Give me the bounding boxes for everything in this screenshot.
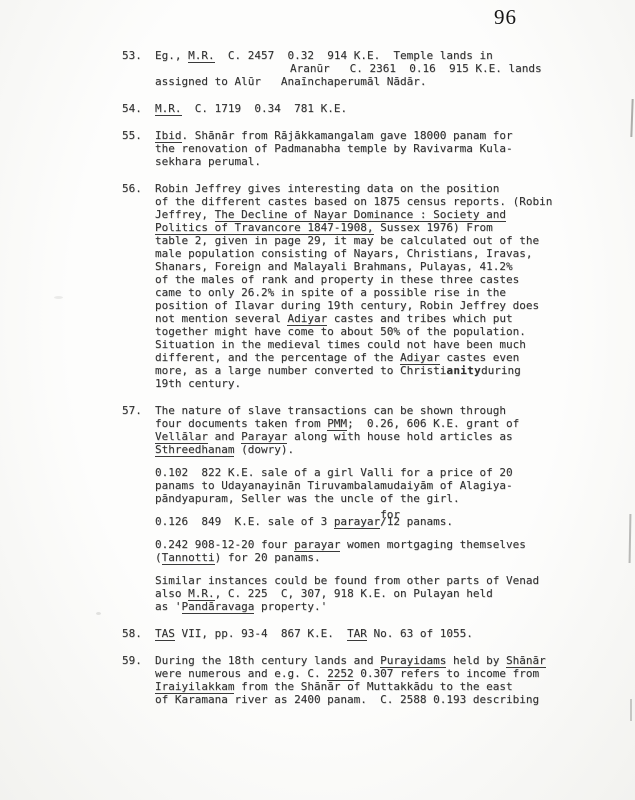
text-segment: property.' — [254, 600, 327, 613]
text-segment: TAS — [155, 627, 175, 641]
note-paragraph: During the 18th century lands and Purayi… — [155, 654, 608, 706]
text-segment: Pandāravaga — [182, 600, 255, 614]
text-segment: male population consisting of Nayars, Ch… — [155, 247, 533, 260]
note-line: also M.R., C. 225 C, 307, 918 K.E. on Pu… — [155, 587, 608, 600]
text-segment: from the Shānār of Muttakkādu to the eas… — [234, 680, 512, 693]
text-segment: 0.126 849 K.E. sale of 3 — [155, 515, 334, 528]
note-paragraph: Eg., M.R. C. 2457 0.32 914 K.E. Temple l… — [155, 49, 608, 88]
text-segment: Similar instances could be found from ot… — [155, 574, 539, 587]
scan-artifact-right-bottom — [630, 699, 632, 721]
text-segment: came to only 26.2% in spite of a possibl… — [155, 286, 506, 299]
note-line: During the 18th century lands and Purayi… — [155, 654, 608, 667]
note-line: Eg., M.R. C. 2457 0.32 914 K.E. Temple l… — [155, 49, 608, 62]
text-segment: Eg., — [155, 49, 188, 62]
note-line: 0.102 822 K.E. sale of a girl Valli for … — [155, 466, 608, 479]
note-paragraph: Robin Jeffrey gives interesting data on … — [155, 182, 608, 390]
text-segment: Ibid — [155, 129, 182, 143]
text-segment: assigned to Alūr Anaīnchaperumāl Nādār. — [155, 75, 427, 88]
note-line: 0.126 849 K.E. sale of 3 parayarfor/12 p… — [155, 515, 608, 528]
document-page: 96 53.Eg., M.R. C. 2457 0.32 914 K.E. Te… — [0, 0, 635, 800]
text-segment: more, as a large number converted to Chr… — [155, 364, 446, 377]
text-segment: Jeffrey, — [155, 208, 215, 221]
note-body: TAS VII, pp. 93-4 867 K.E. TAR No. 63 of… — [155, 627, 608, 640]
text-segment: M.R. — [188, 587, 215, 601]
note-number: 53. — [122, 49, 155, 88]
text-segment: panams to Udayanayinān Tiruvambalamudaiy… — [155, 479, 513, 492]
note-body: Eg., M.R. C. 2457 0.32 914 K.E. Temple l… — [155, 49, 608, 88]
text-segment: also — [155, 587, 188, 600]
note-number: 57. — [122, 404, 155, 613]
text-segment: women mortgaging themselves — [340, 538, 525, 551]
note-line: Situation in the medieval times could no… — [155, 338, 608, 351]
note-number: 54. — [122, 102, 155, 115]
text-segment: M.R. — [188, 49, 215, 63]
text-segment: as ' — [155, 600, 182, 613]
note-paragraph: Ibid. Shānār from Rājākkamangalam gave 1… — [155, 129, 608, 168]
text-segment: C. 2457 0.32 914 K.E. Temple lands in — [215, 49, 493, 62]
note-line: M.R. C. 1719 0.34 781 K.E. — [155, 102, 608, 115]
note-item: 53.Eg., M.R. C. 2457 0.32 914 K.E. Templ… — [122, 49, 608, 88]
text-segment: anity — [446, 364, 481, 377]
text-segment: parayar — [294, 538, 340, 552]
text-segment: pāndyapuram, Seller was the uncle of the… — [155, 492, 460, 505]
text-segment: Tannotti — [162, 551, 215, 565]
note-line: four documents taken from PMM; 0.26, 606… — [155, 417, 608, 430]
note-line: Iraiyilakkam from the Shānār of Muttakkā… — [155, 680, 608, 693]
note-number: 56. — [122, 182, 155, 390]
text-segment: Shānār — [506, 654, 546, 668]
note-line: came to only 26.2% in spite of a possibl… — [155, 286, 608, 299]
text-segment: four documents taken from — [155, 417, 327, 430]
text-segment: VII, pp. 93-4 867 K.E. — [175, 627, 347, 640]
text-segment: position of Ilavar during 19th century, … — [155, 299, 539, 312]
note-paragraph: 0.242 908-12-20 four parayar women mortg… — [155, 538, 608, 564]
note-body: Ibid. Shānār from Rājākkamangalam gave 1… — [155, 129, 608, 168]
text-segment: together might have come to about 50% of… — [155, 325, 526, 338]
text-segment: During the 18th century lands and — [155, 654, 380, 667]
note-line: of the males of rank and property in the… — [155, 273, 608, 286]
note-item: 56.Robin Jeffrey gives interesting data … — [122, 182, 608, 390]
text-segment: were numerous and e.g. C. — [155, 667, 327, 680]
note-line: Vellālar and Parayar along with house ho… — [155, 430, 608, 443]
note-line: table 2, given in page 29, it may be cal… — [155, 234, 608, 247]
note-paragraph: M.R. C. 1719 0.34 781 K.E. — [155, 102, 608, 115]
note-number: 58. — [122, 627, 155, 640]
text-segment: Politics of Travancore 1847-1908, — [155, 221, 374, 235]
text-segment: The nature of slave transactions can be … — [155, 404, 506, 417]
note-line: not mention several Adiyar castes and tr… — [155, 312, 608, 325]
note-line: Jeffrey, The Decline of Nayar Dominance … — [155, 208, 608, 221]
text-segment: 2252 — [327, 667, 354, 681]
text-segment: ( — [155, 551, 162, 564]
note-line: assigned to Alūr Anaīnchaperumāl Nādār. — [155, 75, 608, 88]
note-line: Politics of Travancore 1847-1908, Sussex… — [155, 221, 608, 234]
note-line: 19th century. — [155, 377, 608, 390]
text-segment: Sthreedhanam — [155, 443, 234, 457]
text-segment: castes and tribes which put — [327, 312, 512, 325]
text-segment: PMM — [327, 417, 347, 431]
note-item: 59.During the 18th century lands and Pur… — [122, 654, 608, 706]
text-segment: not mention several — [155, 312, 287, 325]
note-line: Shanars, Foreign and Malayali Brahmans, … — [155, 260, 608, 273]
note-body: M.R. C. 1719 0.34 781 K.E. — [155, 102, 608, 115]
note-line: of Karamana river as 2400 panam. C. 2588… — [155, 693, 608, 706]
text-segment: , C. 225 C, 307, 918 K.E. on Pulayan hel… — [215, 587, 493, 600]
note-paragraph: TAS VII, pp. 93-4 867 K.E. TAR No. 63 of… — [155, 627, 608, 640]
note-item: 57.The nature of slave transactions can … — [122, 404, 608, 613]
note-item: 58.TAS VII, pp. 93-4 867 K.E. TAR No. 63… — [122, 627, 608, 640]
text-segment: Purayidams — [380, 654, 446, 668]
note-item: 54.M.R. C. 1719 0.34 781 K.E. — [122, 102, 608, 115]
text-segment: Vellālar — [155, 430, 208, 444]
note-paragraph: 0.126 849 K.E. sale of 3 parayarfor/12 p… — [155, 515, 608, 528]
text-segment: 0.242 908-12-20 four — [155, 538, 294, 551]
text-segment: Iraiyilakkam — [155, 680, 234, 694]
text-segment: M.R. — [155, 102, 182, 116]
note-body: The nature of slave transactions can be … — [155, 404, 608, 613]
text-segment: along with house hold articles as — [287, 430, 512, 443]
scan-artifact-right-top — [630, 99, 633, 137]
text-segment: ) for 20 panams. — [215, 551, 321, 564]
text-segment: castes even — [440, 351, 519, 364]
note-line: pāndyapuram, Seller was the uncle of the… — [155, 492, 608, 505]
note-paragraph: The nature of slave transactions can be … — [155, 404, 608, 456]
note-body: During the 18th century lands and Purayi… — [155, 654, 608, 706]
text-segment: Aranūr C. 2361 0.16 915 K.E. lands — [290, 62, 542, 75]
text-segment: of the males of rank and property in the… — [155, 273, 519, 286]
scan-smudge-left-lower — [96, 612, 101, 615]
note-line: panams to Udayanayinān Tiruvambalamudaiy… — [155, 479, 608, 492]
text-segment: Robin Jeffrey gives interesting data on … — [155, 182, 499, 195]
note-line: as 'Pandāravaga property.' — [155, 600, 608, 613]
note-line: Aranūr C. 2361 0.16 915 K.E. lands — [290, 62, 608, 75]
text-segment: and — [208, 430, 241, 443]
note-body: Robin Jeffrey gives interesting data on … — [155, 182, 608, 390]
text-segment: the renovation of Padmanabha temple by R… — [155, 142, 513, 155]
note-line: Robin Jeffrey gives interesting data on … — [155, 182, 608, 195]
text-segment: held by — [446, 654, 506, 667]
text-segment: 19th century. — [155, 377, 241, 390]
notes-section: 53.Eg., M.R. C. 2457 0.32 914 K.E. Templ… — [122, 49, 608, 720]
text-segment: Sussex 1976) From — [374, 221, 493, 234]
note-line: TAS VII, pp. 93-4 867 K.E. TAR No. 63 of… — [155, 627, 608, 640]
text-segment: different, and the percentage of the — [155, 351, 400, 364]
text-segment: TAR — [347, 627, 367, 641]
note-item: 55.Ibid. Shānār from Rājākkamangalam gav… — [122, 129, 608, 168]
text-segment: (dowry). — [234, 443, 294, 456]
note-paragraph: 0.102 822 K.E. sale of a girl Valli for … — [155, 466, 608, 505]
text-segment: during — [481, 364, 521, 377]
text-segment: of Karamana river as 2400 panam. C. 2588… — [155, 693, 539, 706]
note-line: 0.242 908-12-20 four parayar women mortg… — [155, 538, 608, 551]
note-line: The nature of slave transactions can be … — [155, 404, 608, 417]
note-line: male population consisting of Nayars, Ch… — [155, 247, 608, 260]
text-segment: Shanars, Foreign and Malayali Brahmans, … — [155, 260, 513, 273]
text-segment: of the different castes based on 1875 ce… — [155, 195, 552, 208]
note-line: the renovation of Padmanabha temple by R… — [155, 142, 608, 155]
page-number: 96 — [494, 5, 517, 30]
note-number: 55. — [122, 129, 155, 168]
text-segment: parayar — [334, 515, 380, 529]
text-segment: . Shānār from Rājākkamangalam gave 18000… — [182, 129, 513, 142]
note-paragraph: Similar instances could be found from ot… — [155, 574, 608, 613]
text-segment: The Decline of Nayar Dominance : Society… — [215, 208, 506, 222]
scan-artifact-right-middle — [629, 514, 632, 563]
text-segment: Adiyar — [400, 351, 440, 365]
text-segment: 0.307 refers to income from — [354, 667, 539, 680]
note-line: Similar instances could be found from ot… — [155, 574, 608, 587]
note-line: position of Ilavar during 19th century, … — [155, 299, 608, 312]
note-line: sekhara perumal. — [155, 155, 608, 168]
note-line: Ibid. Shānār from Rājākkamangalam gave 1… — [155, 129, 608, 142]
note-line: together might have come to about 50% of… — [155, 325, 608, 338]
text-segment: Situation in the medieval times could no… — [155, 338, 526, 351]
note-line: different, and the percentage of the Adi… — [155, 351, 608, 364]
text-segment: C. 1719 0.34 781 K.E. — [182, 102, 348, 115]
text-segment: table 2, given in page 29, it may be cal… — [155, 234, 539, 247]
note-line: more, as a large number converted to Chr… — [155, 364, 608, 377]
note-line: were numerous and e.g. C. 2252 0.307 ref… — [155, 667, 608, 680]
scan-smudge-left-upper — [54, 296, 63, 299]
text-segment: ; 0.26, 606 K.E. grant of — [347, 417, 519, 430]
text-segment: Adiyar — [287, 312, 327, 326]
note-number: 59. — [122, 654, 155, 706]
text-segment: Parayar — [241, 430, 287, 444]
note-line: (Tannotti) for 20 panams. — [155, 551, 608, 564]
note-line: Sthreedhanam (dowry). — [155, 443, 608, 456]
text-segment: sekhara perumal. — [155, 155, 261, 168]
text-segment: No. 63 of 1055. — [367, 627, 473, 640]
note-line: of the different castes based on 1875 ce… — [155, 195, 608, 208]
text-segment: 0.102 822 K.E. sale of a girl Valli for … — [155, 466, 513, 479]
